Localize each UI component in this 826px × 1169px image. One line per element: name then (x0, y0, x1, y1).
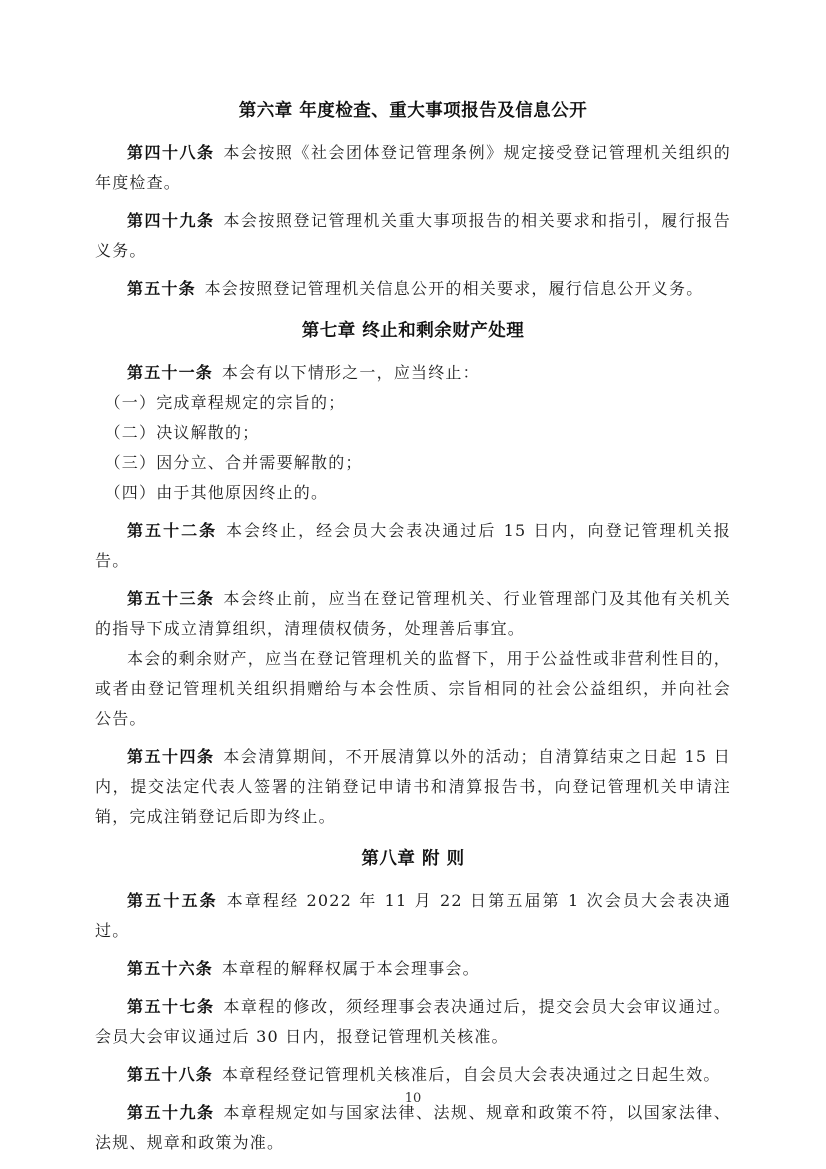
termination-list-item-2: （二）决议解散的； (95, 418, 731, 448)
article-58-paragraph: 第五十八条本章程经登记管理机关核准后，自会员大会表决通过之日起生效。 (95, 1060, 731, 1090)
article-56-number: 第五十六条 (127, 959, 213, 978)
chapter-8-heading: 第八章 附 则 (95, 846, 731, 872)
article-58-text: 本章程经登记管理机关核准后，自会员大会表决通过之日起生效。 (222, 1065, 721, 1084)
article-51-number: 第五十一条 (127, 363, 213, 382)
article-49-paragraph: 第四十九条本会按照登记管理机关重大事项报告的相关要求和指引，履行报告义务。 (95, 206, 731, 266)
chapter-6-heading: 第六章 年度检查、重大事项报告及信息公开 (95, 98, 731, 124)
termination-list-item-3: （三）因分立、合并需要解散的； (95, 448, 731, 478)
article-50-paragraph: 第五十一条第五十条本会按照登记管理机关信息公开的相关要求，履行信息公开义务。 (95, 274, 731, 304)
article-57-paragraph: 第五十七条本章程的修改，须经理事会表决通过后，提交会员大会审议通过。会员大会审议… (95, 992, 731, 1052)
article-53-paragraph: 第五十三条本会终止前，应当在登记管理机关、行业管理部门及其他有关机关的指导下成立… (95, 584, 731, 644)
article-59-paragraph: 第五十九条本章程规定如与国家法律、法规、规章和政策不符，以国家法律、法规、规章和… (95, 1098, 731, 1158)
article-55-paragraph: 第五十五条本章程经 2022 年 11 月 22 日第五届第 1 次会员大会表决… (95, 886, 731, 946)
article-56-paragraph: 第五十六条本章程的解释权属于本会理事会。 (95, 954, 731, 984)
article-52-number: 第五十二条 (127, 521, 217, 540)
document-page: 第六章 年度检查、重大事项报告及信息公开 第四十八条本会按照《社会团体登记管理条… (0, 0, 826, 1169)
termination-list-item-1: （一）完成章程规定的宗旨的； (95, 388, 731, 418)
article-50-number: 第五十条 (127, 279, 196, 298)
article-54-number: 第五十四条 (127, 747, 214, 766)
article-54-paragraph: 第五十四条本会清算期间，不开展清算以外的活动；自清算结束之日起 15 日内，提交… (95, 742, 731, 832)
article-51-text: 本会有以下情形之一，应当终止： (222, 363, 480, 382)
article-55-number: 第五十五条 (127, 891, 218, 910)
termination-list-item-4: （四）由于其他原因终止的。 (95, 478, 731, 508)
article-57-number: 第五十七条 (127, 997, 215, 1016)
article-48-paragraph: 第四十八条本会按照《社会团体登记管理条例》规定接受登记管理机关组织的年度检查。 (95, 138, 731, 198)
article-53-continuation: 本会的剩余财产，应当在登记管理机关的监督下，用于公益性或非营利性目的，或者由登记… (95, 644, 731, 734)
article-56-text: 本章程的解释权属于本会理事会。 (222, 959, 480, 978)
article-52-paragraph: 第五十二条本会终止，经会员大会表决通过后 15 日内，向登记管理机关报告。 (95, 516, 731, 576)
chapter-7-heading: 第七章 终止和剩余财产处理 (95, 318, 731, 344)
article-58-number: 第五十八条 (127, 1065, 213, 1084)
article-51-paragraph: 第五十一条本会有以下情形之一，应当终止： (95, 358, 731, 388)
article-49-number: 第四十九条 (127, 211, 215, 230)
article-53-number: 第五十三条 (127, 589, 215, 608)
article-50-text: 本会按照登记管理机关信息公开的相关要求，履行信息公开义务。 (205, 279, 704, 298)
article-48-number: 第四十八条 (127, 143, 215, 162)
page-number: 10 (0, 1091, 826, 1107)
